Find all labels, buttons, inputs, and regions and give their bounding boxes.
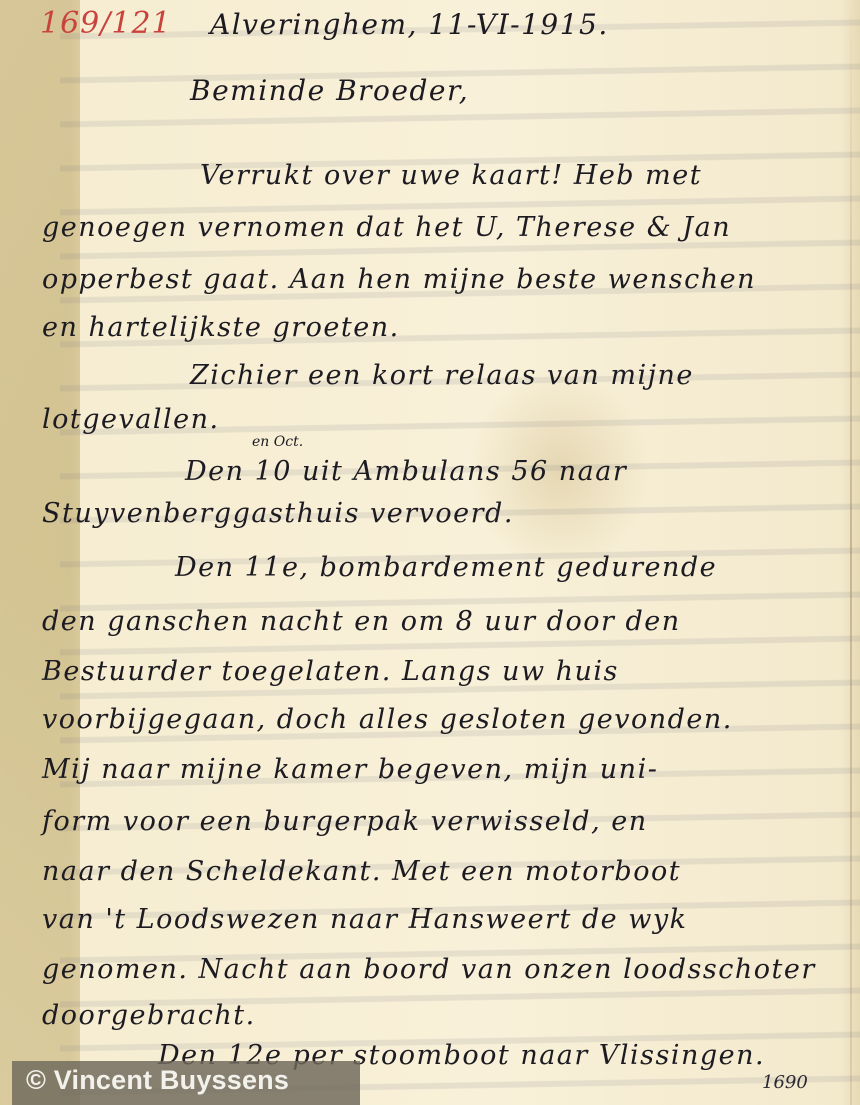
- letter-line-3: opperbest gaat. Aan hen mijne beste wens…: [42, 264, 756, 295]
- letter-line-4: en hartelijkste groeten.: [42, 312, 400, 343]
- letter-line-16: van 't Loodswezen naar Hansweert de wyk: [42, 904, 687, 935]
- letter-line-14: form voor een burgerpak verwisseld, en: [42, 806, 648, 837]
- letter-line-11: Bestuurder toegelaten. Langs uw huis: [42, 656, 619, 687]
- letter-line-8: Stuyvenberggasthuis vervoerd.: [42, 498, 514, 529]
- place-and-date: Alveringhem, 11-VI-1915.: [210, 8, 609, 41]
- copyright-watermark: © Vincent Buyssens: [12, 1061, 360, 1105]
- letter-line-9: Den 11e, bombardement gedurende: [175, 552, 717, 583]
- letter-line-7: Den 10 uit Ambulans 56 naar: [185, 456, 627, 487]
- letter-page: 169/121 Alveringhem, 11-VI-1915. Beminde…: [0, 0, 860, 1105]
- archive-reference-number: 169/121: [40, 6, 172, 41]
- page-number: 1690: [762, 1072, 808, 1093]
- superscript-oct: en Oct.: [252, 434, 303, 450]
- page-edge: [850, 0, 852, 1105]
- letter-line-2: genoegen vernomen dat het U, Therese & J…: [42, 212, 731, 243]
- watermark-text: © Vincent Buyssens: [26, 1065, 289, 1096]
- letter-line-12: voorbijgegaan, doch alles gesloten gevon…: [42, 704, 733, 735]
- letter-line-5: Zichier een kort relaas van mijne: [190, 360, 694, 391]
- salutation: Beminde Broeder,: [190, 74, 469, 107]
- letter-line-10: den ganschen nacht en om 8 uur door den: [42, 606, 681, 637]
- letter-line-6: lotgevallen.: [42, 404, 220, 435]
- letter-line-1: Verrukt over uwe kaart! Heb met: [200, 160, 702, 191]
- letter-line-15: naar den Scheldekant. Met een motorboot: [42, 856, 681, 887]
- letter-line-13: Mij naar mijne kamer begeven, mijn uni-: [42, 754, 658, 785]
- letter-line-17: genomen. Nacht aan boord van onzen loods…: [42, 954, 816, 985]
- letter-line-18: doorgebracht.: [42, 1000, 256, 1031]
